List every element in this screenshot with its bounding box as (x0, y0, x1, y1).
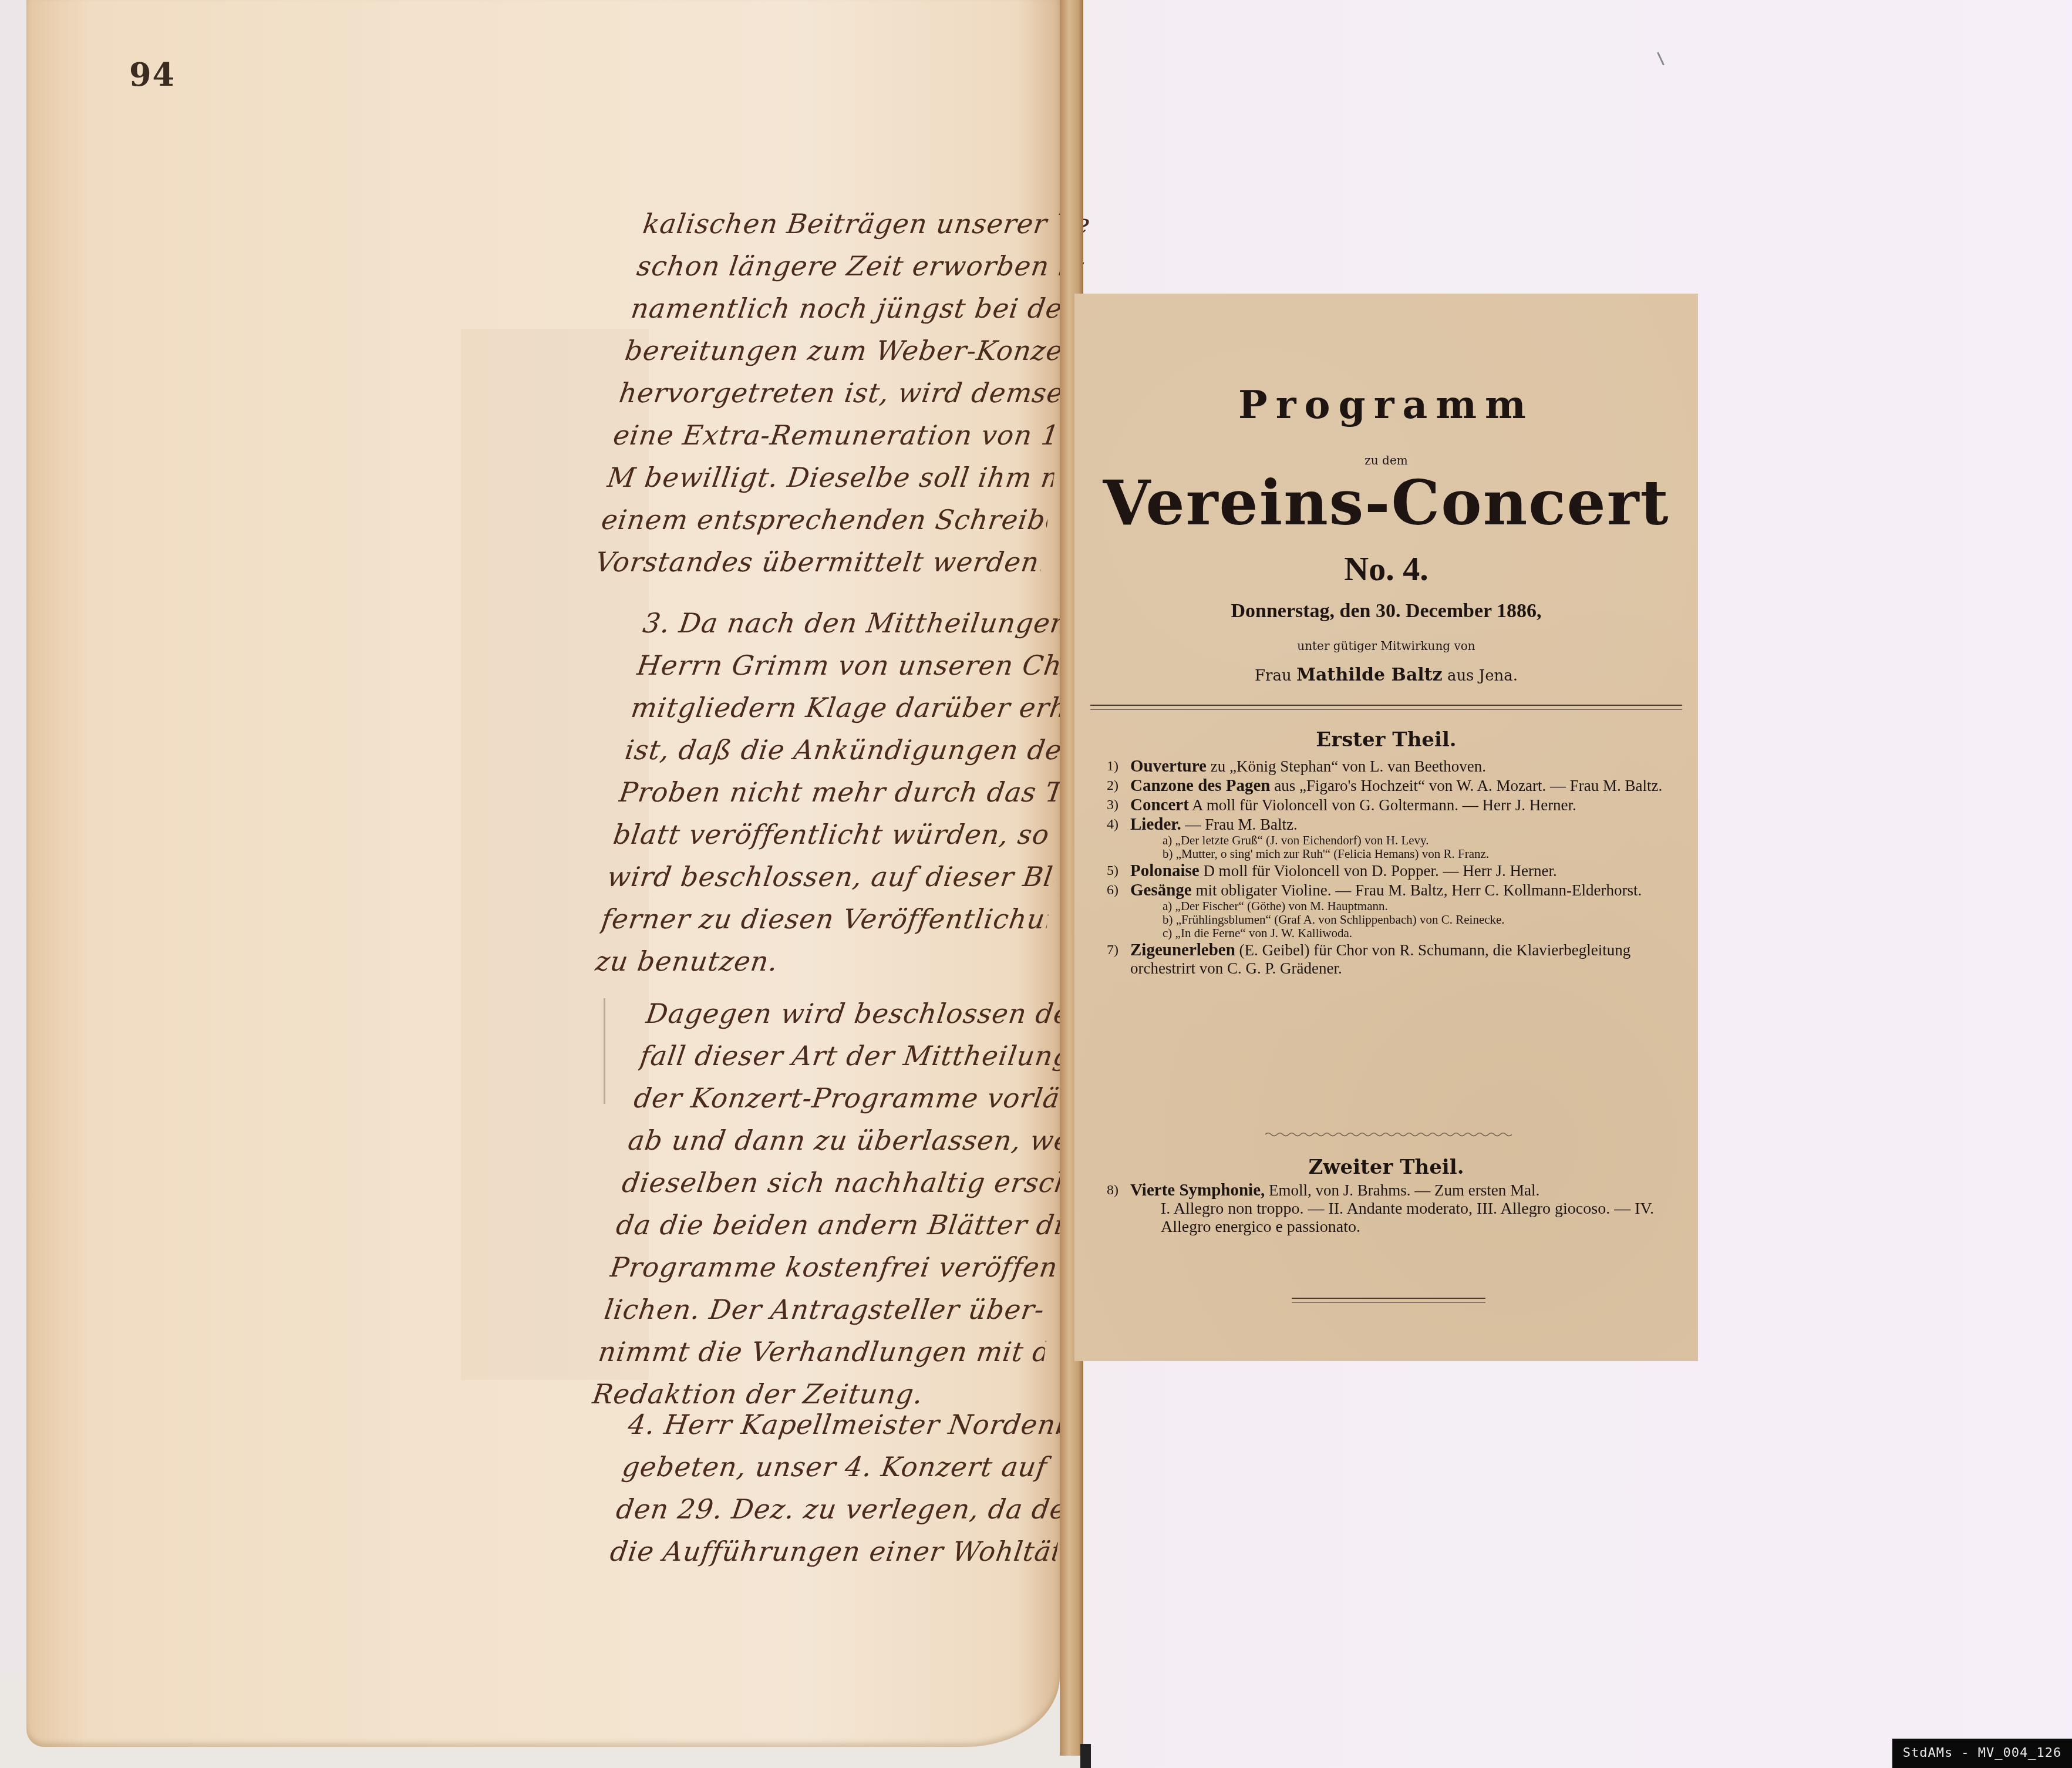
program-item: 6) Gesänge mit obligater Violine. — Frau… (1107, 881, 1665, 940)
hand-line: fall dieser Art der Mittheilung (637, 1035, 1089, 1077)
hand-line: ist, daß die Ankündigungen der (622, 729, 1074, 771)
collaboration-note: unter gütiger Mitwirkung von (1074, 639, 1698, 653)
hand-line: gebeten, unser 4. Konzert auf (619, 1446, 1072, 1488)
concert-date: Donnerstag, den 30. December 1886, (1074, 600, 1698, 622)
hand-line: nimmt die Verhandlungen mit der (596, 1331, 1048, 1373)
hand-line: die Aufführungen einer Wohltätigk. (608, 1530, 1060, 1572)
hand-line: mitgliedern Klage darüber erhoben (628, 686, 1080, 729)
hand-line: ferner zu diesen Veröffentlichungen (599, 898, 1051, 940)
item-title: Canzone des Pagen (1130, 776, 1270, 795)
hand-line: lichen. Der Antragsteller über- (602, 1288, 1054, 1331)
sub-item: a) „Der Fischer“ (Göthe) von M. Hauptman… (1130, 900, 1665, 913)
program-item: 7) Zigeunerleben (E. Geibel) für Chor vo… (1107, 941, 1665, 978)
program-item: 4) Lieder. — Frau M. Baltz. a) „Der letz… (1107, 816, 1665, 861)
sub-item: b) „Frühlingsblumen“ (Graf A. von Schlip… (1130, 913, 1665, 927)
hand-line: kalischen Beiträgen unserer Verein (640, 203, 1092, 245)
hand-line: zu benutzen. (592, 940, 1045, 982)
hand-line: hervorgetreten ist, wird demselben (616, 372, 1069, 414)
handwritten-item-3: 3. Da nach den Mittheilungen des Herrn G… (592, 602, 1092, 982)
hand-line: Herrn Grimm von unseren Chor- (634, 644, 1086, 686)
soloist-line: Frau Mathilde Baltz aus Jena. (1074, 665, 1698, 685)
hand-line: der Konzert-Programme vorläufig (631, 1077, 1083, 1119)
part2-list: 8) Vierte Symphonie, Emoll, von J. Brahm… (1107, 1181, 1665, 1237)
item-title: Zigeunerleben (1130, 941, 1235, 959)
end-rule (1292, 1298, 1485, 1303)
item-title: Ouverture (1130, 757, 1207, 776)
hand-line: Proben nicht mehr durch das Tage- (616, 771, 1069, 813)
hand-line: dieselben sich nachhaltig erscheinen (619, 1161, 1072, 1204)
program-item: 1) Ouverture zu „König Stephan“ von L. v… (1107, 757, 1665, 776)
hand-line: schon längere Zeit erworben hat, wie (634, 245, 1086, 287)
hand-line: bereitungen zum Weber-Konzerte (622, 329, 1074, 372)
concert-program-leaflet: Programm zu dem Vereins-Concert No. 4. D… (1074, 294, 1698, 1361)
event-title: Vereins-Concert (1074, 467, 1698, 539)
program-item: 5) Polonaise D moll für Violoncell von D… (1107, 862, 1665, 880)
hand-line: den 29. Dez. zu verlegen, da derselbe (614, 1488, 1066, 1530)
sub-item: c) „In die Ferne“ von J. W. Kalliwoda. (1130, 927, 1665, 940)
concert-number: No. 4. (1074, 549, 1698, 588)
sub-item: a) „Der letzte Gruß“ (J. von Eichendorf)… (1130, 834, 1665, 847)
divider-rule (1090, 705, 1682, 710)
item-title: Gesänge (1130, 881, 1192, 900)
hand-line: M bewilligt. Dieselbe soll ihm mit (605, 456, 1057, 499)
page-number: 94 (129, 56, 176, 93)
wavy-divider (1265, 1131, 1512, 1137)
program-title: Programm (1074, 382, 1698, 427)
handwritten-item-4: 4. Herr Kapellmeister Nordenbeck hat geb… (608, 1403, 1077, 1572)
part2-heading: Zweiter Theil. (1074, 1156, 1698, 1179)
hand-line: wird beschlossen, auf dieser Blatt (605, 856, 1057, 898)
handwritten-decision: Dagegen wird beschlossen den Weg- fall d… (589, 992, 1095, 1415)
spine-shadow (1080, 1744, 1091, 1768)
item-text: — Frau M. Baltz. (1185, 816, 1297, 833)
soloist-suffix: aus Jena. (1447, 667, 1518, 685)
item-text: zu „König Stephan“ von L. van Beethoven. (1211, 757, 1486, 775)
item-text: mit obligater Violine. — Frau M. Baltz, … (1195, 881, 1642, 899)
program-subtitle: zu dem (1074, 453, 1698, 467)
handwritten-minutes: kalischen Beiträgen unserer Verein schon… (592, 203, 1092, 583)
part1-list: 1) Ouverture zu „König Stephan“ von L. v… (1107, 757, 1665, 979)
hand-line: namentlich noch jüngst bei den Vor- (628, 287, 1080, 329)
program-item: 3) Concert A moll für Violoncell von G. … (1107, 796, 1665, 814)
item-title: Concert (1130, 796, 1189, 814)
item-title: Lieder. (1130, 815, 1181, 834)
part1-heading: Erster Theil. (1074, 728, 1698, 752)
item-title: Polonaise (1130, 861, 1200, 880)
program-item: 8) Vierte Symphonie, Emoll, von J. Brahm… (1107, 1181, 1665, 1236)
hand-line: Vorstandes übermittelt werden. (592, 541, 1045, 583)
soloist-name: Mathilde Baltz (1296, 665, 1443, 685)
hand-line: Dagegen wird beschlossen den Weg- (643, 992, 1095, 1035)
hand-line: 4. Herr Kapellmeister Nordenbeck hat (625, 1403, 1077, 1446)
hand-line: einem entsprechenden Schreiben des (599, 499, 1051, 541)
hand-line: eine Extra-Remuneration von 100 (611, 414, 1063, 456)
item-text: D moll für Violoncell von D. Popper. — H… (1203, 862, 1556, 880)
hand-line: Programme kostenfrei veröffent- (608, 1246, 1060, 1288)
program-item: 2) Canzone des Pagen aus „Figaro's Hochz… (1107, 777, 1665, 795)
margin-pencil-line (604, 998, 605, 1104)
item-text: aus „Figaro's Hochzeit“ von W. A. Mozart… (1274, 777, 1662, 794)
movements: I. Allegro non troppo. — II. Andante mod… (1130, 1200, 1665, 1236)
hand-line: ab und dann zu überlassen, wenn (625, 1119, 1077, 1161)
hand-line: blatt veröffentlicht würden, so (611, 813, 1063, 856)
item-title: Vierte Symphonie, (1130, 1181, 1265, 1200)
item-text: Emoll, von J. Brahms. — Zum ersten Mal. (1269, 1181, 1539, 1199)
sub-item: b) „Mutter, o sing' mich zur Ruh'“ (Feli… (1130, 847, 1665, 861)
item-text: A moll für Violoncell von G. Goltermann.… (1192, 796, 1576, 814)
soloist-prefix: Frau (1255, 667, 1292, 685)
hand-line: da die beiden andern Blätter die (614, 1204, 1066, 1246)
archive-stamp: StdAMs - MV_004_126 (1892, 1739, 2072, 1768)
hand-line: 3. Da nach den Mittheilungen des (640, 602, 1092, 644)
